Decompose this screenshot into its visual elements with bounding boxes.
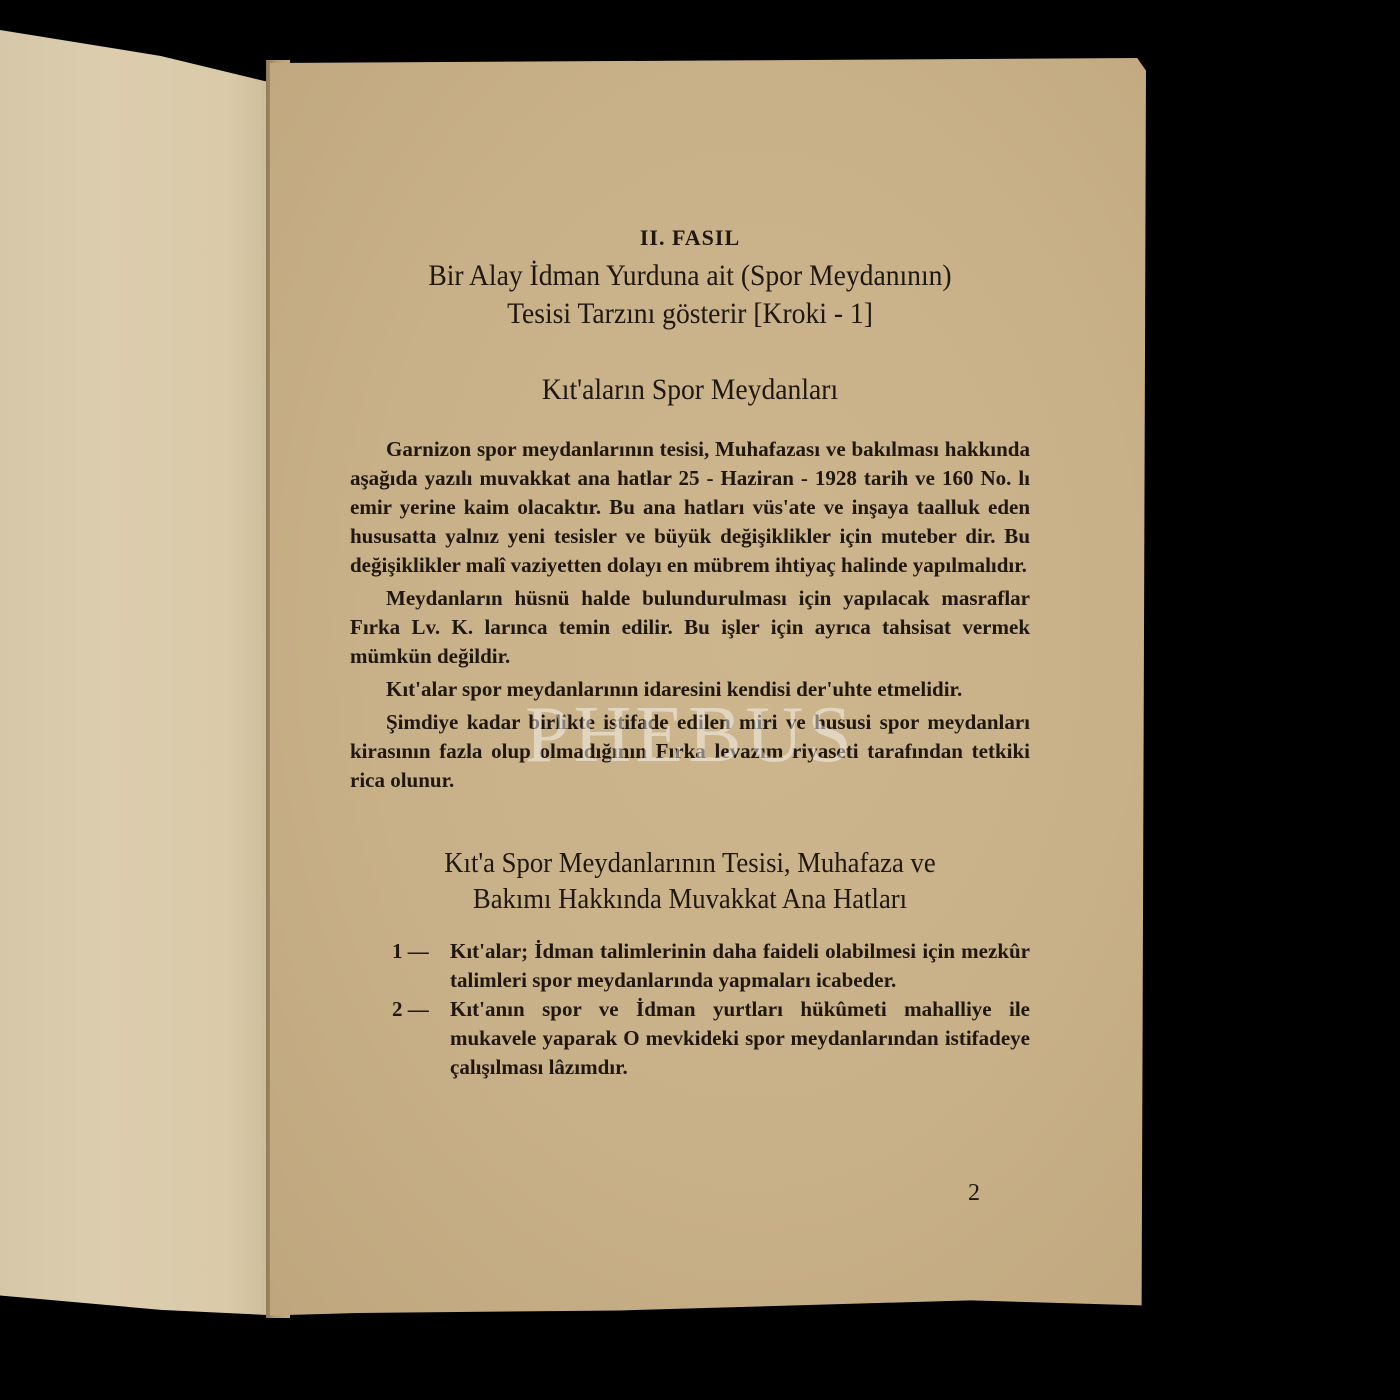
numbered-list: 1 — Kıt'alar; İdman talimlerinin daha fa…: [350, 937, 1030, 1082]
page-number: 2: [968, 1180, 980, 1207]
left-blank-page: [0, 30, 268, 1328]
list-item: 1 — Kıt'alar; İdman talimlerinin daha fa…: [350, 937, 1030, 995]
chapter-title-line-1: Bir Alay İdman Yurduna ait (Spor Meydanı…: [377, 257, 1003, 295]
paragraph-4: Şimdiye kadar birlikte istifade edilen m…: [350, 708, 1030, 795]
list-item: 2 — Kıt'anın spor ve İdman yurtları hükû…: [350, 995, 1030, 1082]
paragraph-1: Garnizon spor meydanlarının tesisi, Muha…: [350, 435, 1030, 580]
list-item-number: 2 —: [350, 995, 450, 1082]
section-heading-2: Kıt'a Spor Meydanlarının Tesisi, Muhafaz…: [377, 845, 1003, 917]
chapter-title-line-2: Tesisi Tarzını gösterir [Kroki - 1]: [377, 295, 1003, 333]
chapter-label: II. FASIL: [350, 225, 1030, 251]
list-item-text: Kıt'alar; İdman talimlerinin daha faidel…: [450, 937, 1030, 995]
list-item-number: 1 —: [350, 937, 450, 995]
list-item-text: Kıt'anın spor ve İdman yurtları hükûmeti…: [450, 995, 1030, 1082]
section-heading-1: Kıt'aların Spor Meydanları: [377, 371, 1003, 409]
paragraph-2: Meydanların hüsnü halde bulundurulması i…: [350, 584, 1030, 671]
section-heading-2-line-1: Kıt'a Spor Meydanlarının Tesisi, Muhafaz…: [377, 845, 1003, 881]
paragraph-3: Kıt'alar spor meydanlarının idaresini ke…: [350, 675, 1030, 704]
page-text: II. FASIL Bir Alay İdman Yurduna ait (Sp…: [350, 225, 1030, 1082]
section-heading-2-line-2: Bakımı Hakkında Muvakkat Ana Hatları: [377, 881, 1003, 917]
